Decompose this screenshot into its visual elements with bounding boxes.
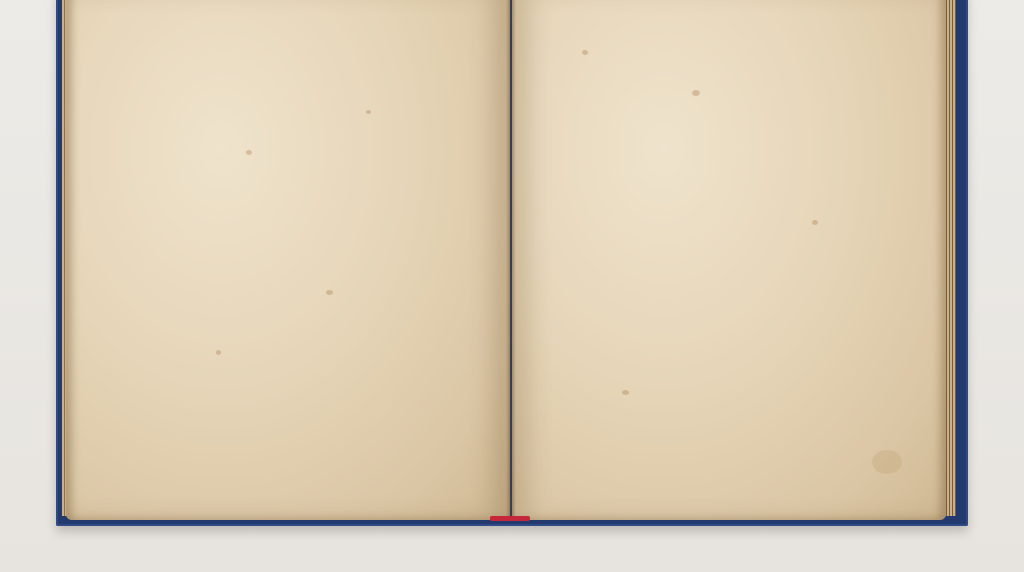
foxing-spot — [216, 350, 221, 355]
foxing-spot — [812, 220, 818, 225]
book-gutter — [506, 0, 516, 518]
foxing-spot — [366, 110, 371, 114]
stain — [872, 450, 902, 474]
left-page — [66, 0, 510, 520]
foxing-spot — [246, 150, 252, 155]
foxing-spot — [692, 90, 700, 96]
foxing-spot — [582, 50, 588, 55]
right-page — [512, 0, 946, 520]
bookmark-ribbon — [490, 516, 530, 521]
foxing-spot — [326, 290, 333, 295]
foxing-spot — [622, 390, 629, 395]
